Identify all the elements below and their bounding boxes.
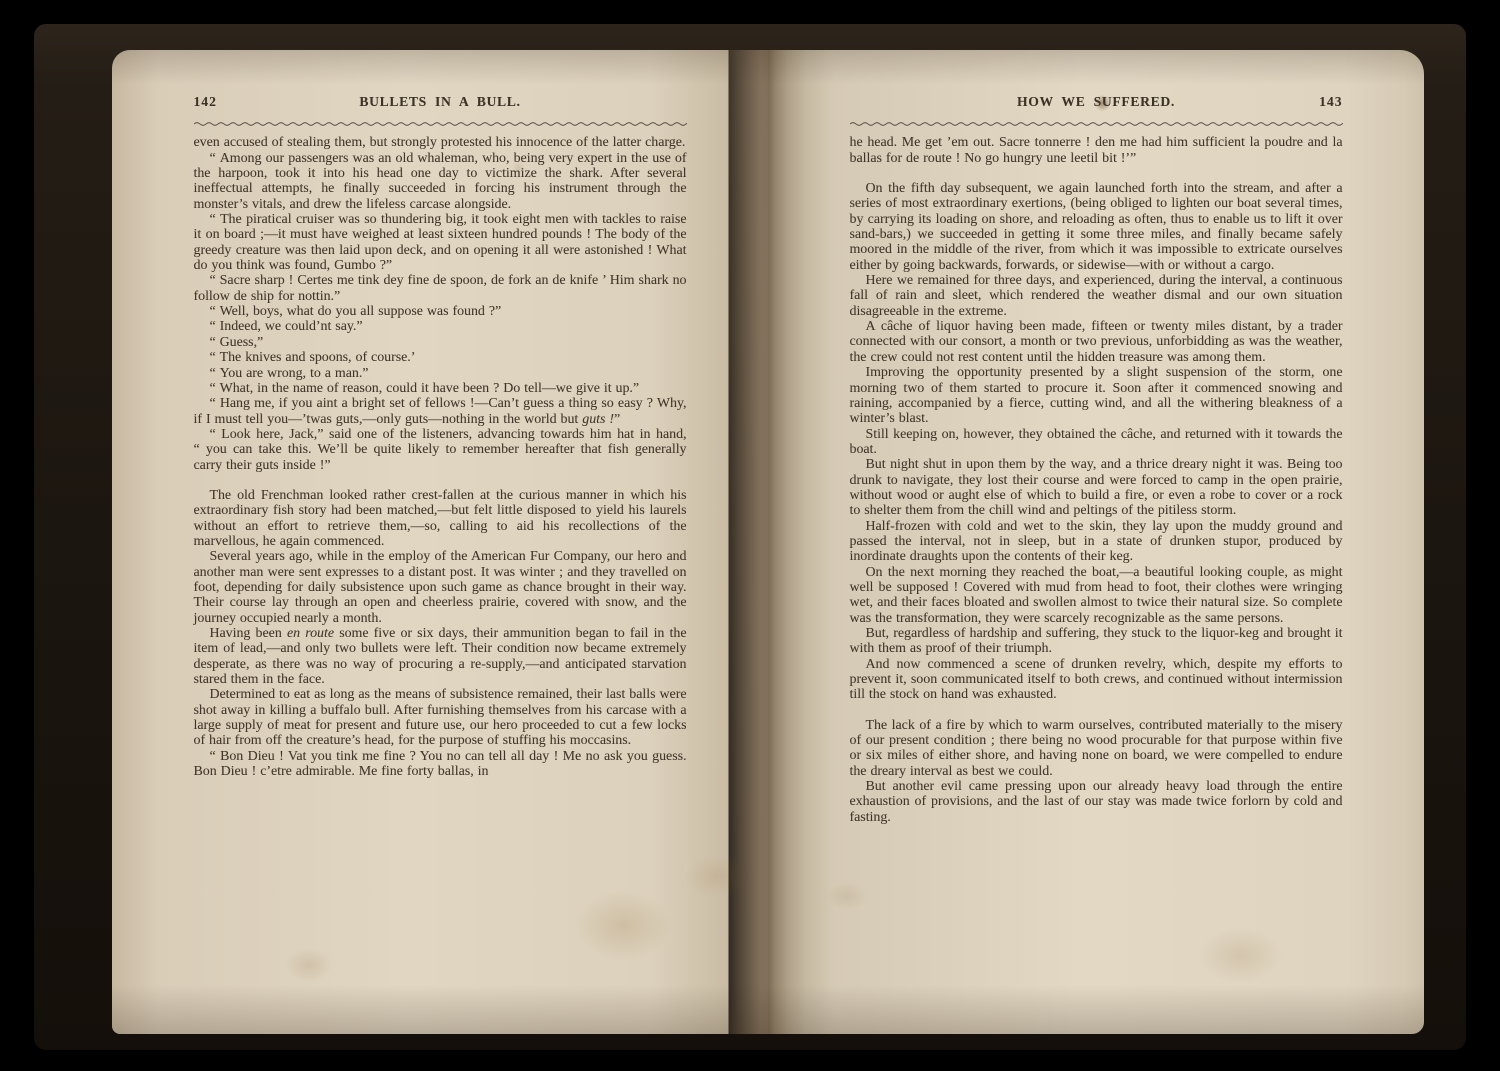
paragraph: “ You are wrong, to a man.” xyxy=(194,366,687,381)
paragraph: But night shut in upon them by the way, … xyxy=(850,457,1343,518)
paragraph: “ What, in the name of reason, could it … xyxy=(194,381,687,396)
paragraph: “ The knives and spoons, of course.’ xyxy=(194,350,687,365)
paragraph: Several years ago, while in the employ o… xyxy=(194,549,687,626)
paragraph: “ Well, boys, what do you all suppose wa… xyxy=(194,304,687,319)
paragraph: The old Frenchman looked rather crest-fa… xyxy=(194,488,687,549)
paragraph: And now commenced a scene of drunken rev… xyxy=(850,657,1343,703)
paragraph: “ Bon Dieu ! Vat you tink me fine ? You … xyxy=(194,749,687,780)
paragraph: Determined to eat as long as the means o… xyxy=(194,687,687,748)
paragraph: But, regardless of hardship and sufferin… xyxy=(850,626,1343,657)
paragraph: A câche of liquor having been made, fift… xyxy=(850,319,1343,365)
page-edges-right xyxy=(1423,60,1459,1032)
page-header-left: 142 BULLETS IN A BULL. xyxy=(194,94,687,109)
book-cover: 142 BULLETS IN A BULL. even accused of s… xyxy=(34,24,1466,1050)
paragraph: even accused of stealing them, but stron… xyxy=(194,135,687,150)
paragraph: he head. Me get ’em out. Sacre tonnerre … xyxy=(850,135,1343,166)
page-number-right: 143 xyxy=(1291,94,1343,109)
paragraph: “ Guess,” xyxy=(194,335,687,350)
paragraph: “ Indeed, we could’nt say.” xyxy=(194,319,687,334)
running-title-right: HOW WE SUFFERED. xyxy=(902,94,1291,109)
page-number-left: 142 xyxy=(194,94,246,109)
paragraph: But another evil came pressing upon our … xyxy=(850,779,1343,825)
page-left: 142 BULLETS IN A BULL. even accused of s… xyxy=(112,50,768,1034)
paragraph: On the next morning they reached the boa… xyxy=(850,565,1343,626)
open-spread: 142 BULLETS IN A BULL. even accused of s… xyxy=(112,50,1424,1034)
paragraph: “ Look here, Jack,” said one of the list… xyxy=(194,427,687,473)
page-edges-left xyxy=(39,46,115,1038)
paragraph: Here we remained for three days, and exp… xyxy=(850,273,1343,319)
running-title-left: BULLETS IN A BULL. xyxy=(246,94,635,109)
header-rule-right xyxy=(850,120,1343,126)
header-rule-left xyxy=(194,120,687,126)
paragraph: Still keeping on, however, they obtained… xyxy=(850,427,1343,458)
page-text-right: he head. Me get ’em out. Sacre tonnerre … xyxy=(850,135,1343,825)
paragraph: Having been en route some five or six da… xyxy=(194,626,687,687)
paragraph: The lack of a fire by which to warm ours… xyxy=(850,718,1343,779)
paragraph: “ Among our passengers was an old whalem… xyxy=(194,151,687,212)
paragraph: “ Hang me, if you aint a bright set of f… xyxy=(194,396,687,427)
paragraph: “ Sacre sharp ! Certes me tink dey fine … xyxy=(194,273,687,304)
page-right: HOW WE SUFFERED. 143 he head. Me get ’em… xyxy=(768,50,1424,1034)
paragraph: Improving the opportunity presented by a… xyxy=(850,365,1343,426)
paragraph: On the fifth day subsequent, we again la… xyxy=(850,181,1343,273)
page-header-right: HOW WE SUFFERED. 143 xyxy=(850,94,1343,109)
page-text-left: even accused of stealing them, but stron… xyxy=(194,135,687,779)
paragraph: Half-frozen with cold and wet to the ski… xyxy=(850,519,1343,565)
paragraph: “ The piratical cruiser was so thunderin… xyxy=(194,212,687,273)
